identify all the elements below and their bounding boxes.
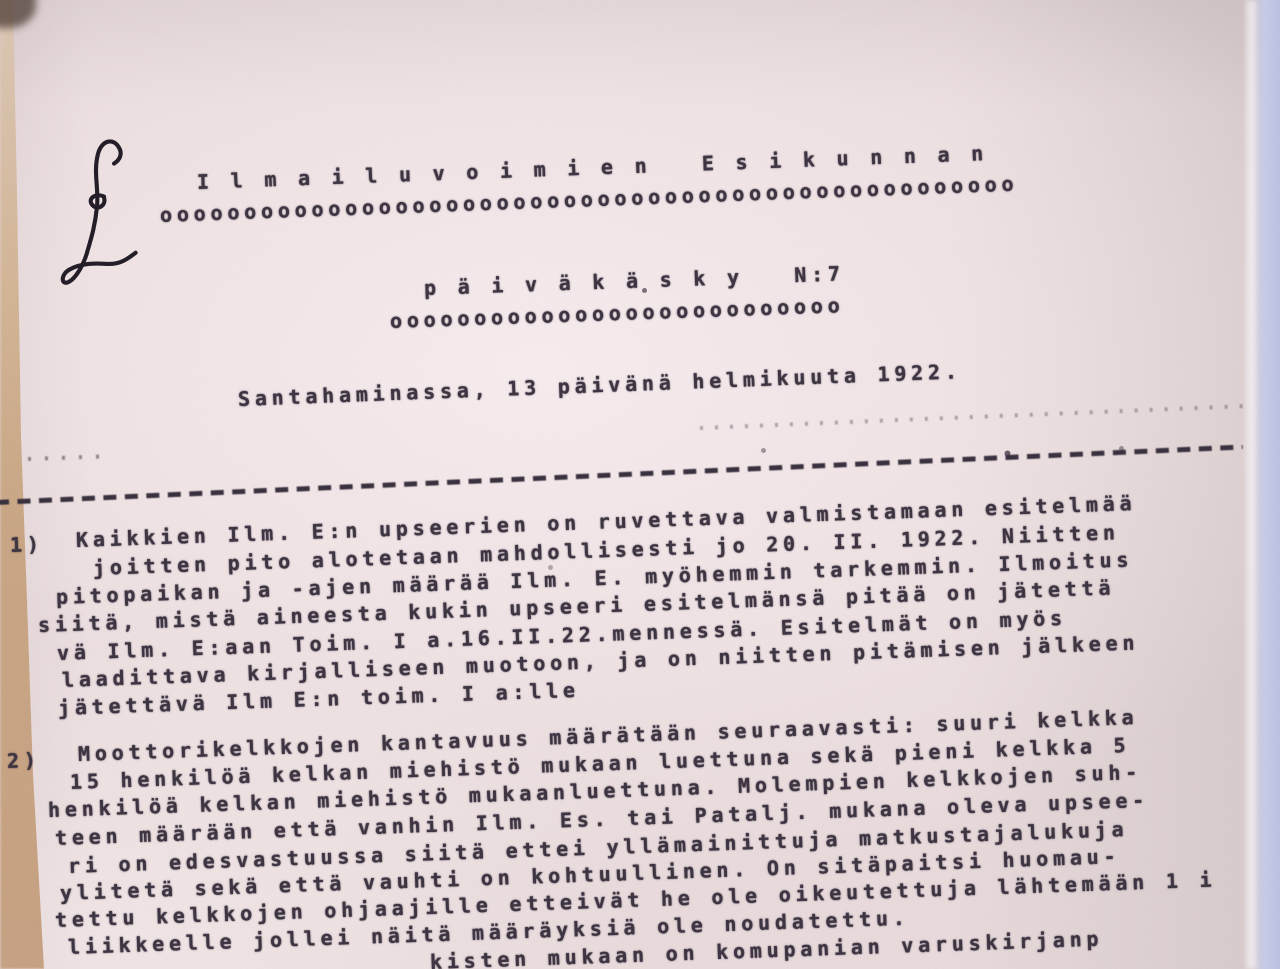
ink-specks bbox=[0, 0, 3, 3]
date-line: Santahaminassa, 13 päivänä helmikuuta 19… bbox=[237, 357, 962, 413]
faint-dotted-line-upper bbox=[700, 404, 1248, 430]
scanned-document-page: { "page": { "handwritten_initial": "L", … bbox=[0, 0, 1280, 969]
item-2-number: 2) bbox=[7, 746, 42, 775]
faint-dotted-line-left bbox=[28, 454, 102, 461]
item-1-number: 1) bbox=[10, 530, 45, 559]
typewritten-content: I l m a i l u v o i m i e n E s i k u n … bbox=[0, 0, 1280, 969]
